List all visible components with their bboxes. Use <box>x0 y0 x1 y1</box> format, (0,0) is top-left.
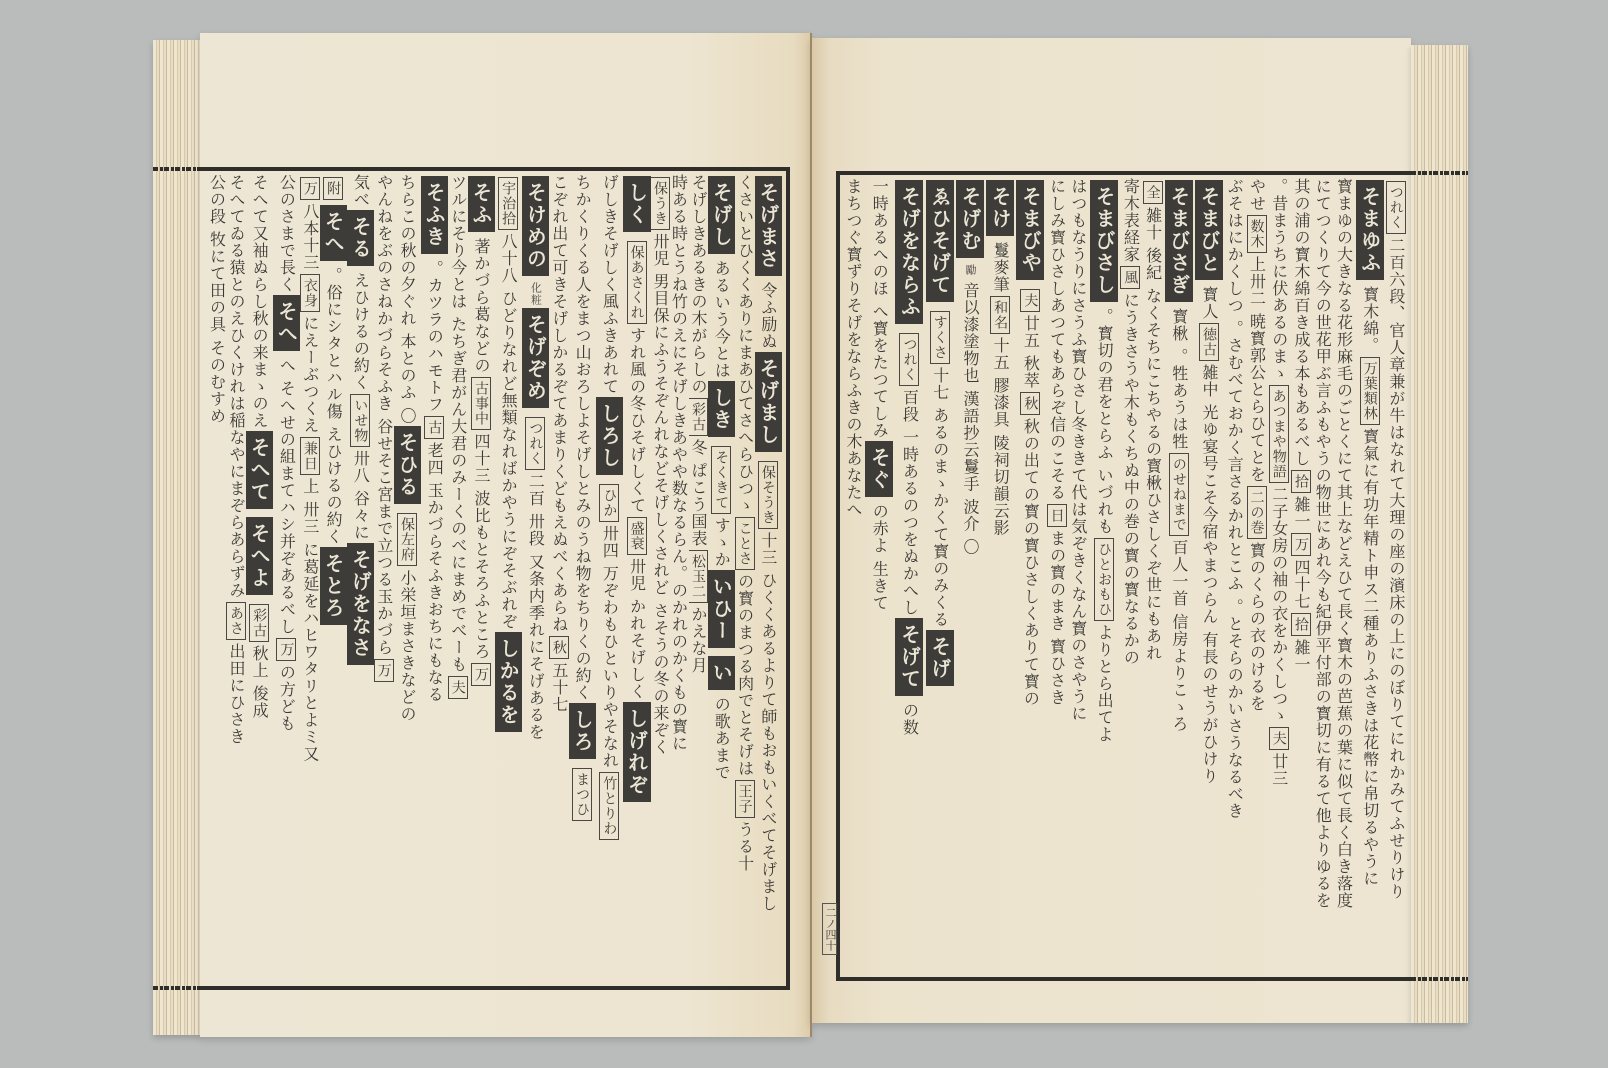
body-text: 寳氣に有功年精ト申ス二種ありふさきは花幣に帛切るやうに <box>1361 428 1380 887</box>
source-tag: 拾 <box>1291 613 1311 636</box>
body-text: 雑一 <box>1292 639 1311 673</box>
text-column: そまびさし。寳切の君をとらふ いづれもひとおもひよりとら出てよ <box>1090 178 1118 975</box>
right-page-text-block: つれく二百六段、官人章兼が牛はなれて大理の座の濱床の上にのぼりてにれかみてふせり… <box>844 178 1406 975</box>
source-tag: 保そうき <box>758 461 778 529</box>
body-text: まちつぐ寳ずりそげをならふきの木あなたへ <box>844 178 863 518</box>
headword-box: そげし <box>708 176 735 254</box>
body-text: 秋上 俊成 <box>250 645 269 719</box>
source-tag: ひか <box>599 484 619 522</box>
source-tag: すくさ <box>930 311 950 364</box>
body-text: 卅児 男目保にふうそぞんれなどそげしくされど さそうの冬の来ぞく <box>651 233 670 755</box>
text-column: 寄木表経家風にうきさうや木もくちぬ中の巻の寳の寳なるかの <box>1120 178 1140 975</box>
body-text: 一時あるへのほ へ寳をたつてしみ <box>870 178 889 439</box>
source-tag: 彩古 <box>249 604 269 642</box>
text-column: ちらこの秋の夕ぐれ 本とのふ 〇そひる保左府小栄垣まさきなどの <box>394 174 421 984</box>
text-column: そげしきあるきの木がらしの彩古冬 ぱこう国表松玉二かえな月 <box>689 174 708 984</box>
headword-box: そへ <box>273 295 300 351</box>
headword-box: そげ <box>926 630 954 686</box>
body-text: 公の段 牧にて田の具 そのむすめ <box>208 174 226 424</box>
source-tag: 数木 <box>1247 215 1267 253</box>
body-text: かえな月 <box>689 606 708 674</box>
text-column: にてつくりて今の世花甲ぶ言ふもやうの物世にあれ今も紀伊平付部の寳切に有るて他より… <box>1313 178 1332 975</box>
source-tag: 二の巻 <box>1247 486 1267 539</box>
right-frame-top-rule <box>836 171 1411 175</box>
source-tag: 万 <box>276 638 296 661</box>
text-column: 公のさまで長くそへへ そへせの組まてハシ并ぞあるべし万の方ども <box>273 174 300 984</box>
body-text: 老四 玉かづらそふきおちにもなる <box>425 442 444 703</box>
right-stack-bottom-rule <box>1411 977 1468 981</box>
body-text: へ そへせの組まてハシ并ぞあるべし <box>277 357 296 635</box>
text-column: 宇治拾八十八 ひどりなれど無類なればかやうにぞそぶれぞしかるを <box>495 174 522 984</box>
left-stack-bottom-rule <box>153 986 201 990</box>
headword-box: そへ <box>320 205 347 261</box>
left-page-stack <box>153 40 201 1035</box>
headword-box: しく <box>623 176 650 232</box>
text-column: ゑひそげてすくさ十七 あるのまゝかくて寳のみくるそげ <box>926 178 954 975</box>
headword-box: しげれぞ <box>623 702 650 802</box>
body-text: 五十七 <box>550 662 569 713</box>
headword-box: いひー <box>708 570 735 648</box>
headword-box: そぐ <box>865 441 893 497</box>
body-text: うる十 <box>736 821 755 872</box>
left-frame-inner-border <box>786 167 790 990</box>
body-text: 雑中 光ゆ宴号こそ今宿やまつらん 有長のせうがひけり <box>1200 364 1219 784</box>
text-column: げしきそげしく風ふきあれてしろしひか卅四 万ぞわもひといりやそなれ竹とりわ <box>596 174 623 984</box>
headword-box: そへて <box>246 431 273 509</box>
source-tag: 古 <box>424 416 444 439</box>
text-column: こぞれ出て可きそげしかるぞてあまりくどもえぬべくあらね秋五十七 <box>549 174 568 984</box>
body-text: 著かづら葛などの <box>472 238 491 374</box>
body-text: 十七 あるのまゝかくて寳のみくる <box>931 367 950 628</box>
body-text: 。カツラのハモトフ <box>425 260 444 413</box>
headword-box: そふき <box>421 176 448 254</box>
headword-box: そげをならふ <box>895 180 923 324</box>
source-tag: 宇治拾 <box>498 177 518 230</box>
text-column: そまびさぎ寳楸 。牲あうは牲のせねまで百人一首 信房よりこゝろ <box>1165 178 1193 975</box>
source-tag: 保あさくれ <box>627 241 647 324</box>
headword-box: そけめの <box>522 176 549 276</box>
source-tag: 盛衰 <box>627 517 647 555</box>
body-text: の赤よ 生きて <box>870 503 889 611</box>
text-column: 気べそるえひけるの約くいせ物卅八 谷々にそげをなさ <box>347 174 374 984</box>
source-tag: 夫 <box>1020 289 1040 312</box>
headword-box: そげまし <box>755 352 782 452</box>
body-text: 秋の出ての寳の寳ひさしくありて寳の <box>1021 418 1040 707</box>
body-text: すゝか <box>712 517 731 568</box>
body-text: くさいとひくくありにまあひてさへらひつゝ <box>736 174 755 514</box>
text-column: そげをならふつれく百段 一時あるのつをぬかへしそげての数 <box>895 178 923 975</box>
source-tag: そくきて <box>711 446 731 514</box>
body-text: やんねをぶのさねかづらそふき 谷せそこ宮まで立つる玉かづら <box>375 174 394 656</box>
headword-box: しき <box>708 381 735 437</box>
body-text: よりとら出てよ <box>1095 624 1114 743</box>
text-column: そへてゐる猿とのえひくけれは稲なやにまぞらあらずみあさ出田にひさき <box>226 174 245 984</box>
body-text: 小栄垣まさきなどの <box>398 569 417 722</box>
source-tag: 附 <box>323 177 343 200</box>
body-text: 出田にひさき <box>227 643 246 745</box>
small-note: 化粧 <box>529 282 542 306</box>
headword-box: そげぞめ <box>522 308 549 408</box>
body-text: 八十八 ひどりなれど無類なればかやうにぞそぶれぞ <box>499 233 518 630</box>
headword-box: そへよ <box>246 517 273 595</box>
body-text: 四十七 <box>1292 559 1311 610</box>
headword-box: そひる <box>394 426 421 504</box>
source-tag: 保左府 <box>397 513 417 566</box>
text-column: そけめの化粧そげぞめつれく二百 卅段 又条内季れにそげあるを <box>522 174 549 984</box>
body-text: 其の浦の寳木綿百き成る本もあるべし <box>1292 178 1311 467</box>
body-text: 上卅二 暁寳郭公とらひてとを <box>1248 256 1267 483</box>
headword-box: そる <box>347 210 374 266</box>
headword-box: そまびさし <box>1090 180 1118 302</box>
headword-box: そまびさぎ <box>1165 180 1193 302</box>
source-tag: 夫 <box>448 676 467 699</box>
body-text: 廿五 秋萃 <box>1021 315 1040 389</box>
text-column: ちかくりくる人をまつ山おろしよそげしとみのうね物をちりくの約くしろまつひ <box>569 174 596 984</box>
body-text: 二子女房の袖の衣をかくしつゝ <box>1270 486 1289 724</box>
text-column: そへて又袖ぬらし秋の来まゝのえそへてそへよ彩古秋上 俊成 <box>246 174 273 984</box>
source-tag: つれく <box>525 417 545 470</box>
source-tag: つれく <box>1386 181 1406 234</box>
body-text: ツルにそり今とは たちぎ君がん大君のみーくのべにまめでべーも <box>449 174 468 673</box>
body-text: すれ風の冬ひそげしくて <box>628 327 647 514</box>
text-column: 全雑十 後紀 なくそちにこちやるの寳楸ひさしくぞ世にもあれ <box>1143 178 1163 975</box>
text-column: しく保あさくれすれ風の冬ひそげしくて盛衰卅児 かれそげしくしげれぞ <box>623 174 650 984</box>
source-tag: 徳古 <box>1199 323 1219 361</box>
text-column: やんねをぶのさねかづらそふき 谷せそこ宮まで立つる玉かづら万 <box>374 174 393 984</box>
source-tag: 万葉類林 <box>1360 357 1380 425</box>
text-column: そふき。カツラのハモトフ古老四 玉かづらそふきおちにもなる <box>421 174 448 984</box>
text-column: ツルにそり今とは たちぎ君がん大君のみーくのべにまめでべーも夫 <box>448 174 467 984</box>
right-stack-top-rule <box>1411 171 1468 175</box>
left-frame-bottom-rule <box>200 986 790 990</box>
text-column: はつもなうりにさうふ寳ひさし冬ききて代は気ぞきくなん寳のさやうに <box>1069 178 1088 975</box>
source-tag: 保うき <box>651 177 670 230</box>
body-text: 雑一 <box>1292 496 1311 530</box>
source-tag: 彩古 <box>689 398 708 436</box>
body-text: そへて又袖ぬらし秋の来まゝのえ <box>250 174 269 429</box>
source-tag: 風 <box>1120 266 1140 289</box>
source-tag: 秋 <box>1020 392 1040 415</box>
source-tag: 秋 <box>549 636 568 659</box>
right-frame-inner-border <box>836 171 840 981</box>
headword-box: しろし <box>596 397 623 475</box>
source-tag: 万 <box>1291 533 1311 556</box>
text-column: 時ある時とうね竹のえにそげしきあやや数なるらん。のかれのかくもの寳に <box>670 174 688 984</box>
left-page-text-block: そげまさ令ふ励ぬそげまし保そうき十三 ひくくあるよりて師もおもいくべてそげましく… <box>208 174 782 984</box>
body-text: えひけるの約く <box>351 272 370 391</box>
source-tag: 松玉二 <box>689 550 708 603</box>
body-text: はつもなうりにさうふ寳ひさし冬ききて代は気ぞきくなん寳のさやうに <box>1069 178 1088 722</box>
body-text: 卅四 万ぞわもひといりやそなれ <box>600 525 619 769</box>
body-text: 令ふ励ぬ <box>759 282 778 350</box>
body-text: の数 <box>900 702 919 736</box>
body-text: げしきそげしく風ふきあれて <box>600 174 619 395</box>
headword-box: い <box>708 656 735 690</box>
text-column: そけ鬘麥筆和名十五 膠漆具 陵祠切韻云影 <box>986 178 1014 975</box>
body-text: 上 卅三 に葛延をハヒワタリとよミ又 <box>301 478 320 762</box>
body-text: ちらこの秋の夕ぐれ 本とのふ 〇 <box>398 174 417 424</box>
body-text: 寳楸 。牲あうは牲 <box>1170 308 1189 450</box>
text-column: そげしあるいう今とはしきそくきてすゝかいひーいの歌あまで <box>708 174 735 984</box>
source-tag: 古事中 <box>471 377 491 430</box>
body-text: にえーぶつくえ <box>301 315 320 434</box>
text-column: まちつぐ寳ずりそげをならふきの木あなたへ <box>844 178 863 975</box>
body-text: 十三 ひくくあるよりて師もおもいくべてそげまし <box>759 532 778 912</box>
body-text: の寳のまつる肉でとそげは <box>736 573 755 777</box>
headword-box: しろ <box>569 703 596 759</box>
body-text: 寳木綿。 <box>1361 286 1380 354</box>
source-tag: 衣身 <box>300 274 319 312</box>
text-column: 万八本十三衣身にえーぶつくえ兼日上 卅三 に葛延をハヒワタリとよミ又 <box>300 174 319 984</box>
body-text: 十五 膠漆具 陵祠切韻云影 <box>991 337 1010 536</box>
text-column: つれく二百六段、官人章兼が牛はなれて大理の座の濱床の上にのぼりてにれかみてふせり… <box>1386 178 1406 975</box>
body-text: 寄木表経家 <box>1121 178 1140 263</box>
body-text: 。寳切の君をとらふ いづれも <box>1095 308 1114 535</box>
body-text: 雑十 後紀 なくそちにこちやるの寳楸ひさしくぞ世にもあれ <box>1144 207 1163 661</box>
body-text: 。俗にシタとハル傷 えひけるの約く <box>324 267 343 545</box>
body-text: 百人一首 信房よりこゝろ <box>1170 539 1189 732</box>
source-tag: 王子 <box>735 780 754 818</box>
headword-box: そとろ <box>320 547 347 625</box>
body-text: 卅児 かれそげしく <box>628 558 647 700</box>
text-column: 。昔まうちに伏あるのまゝあつまや物語二子女房の袖の衣をかくしつゝ夫廿三 <box>1269 178 1289 975</box>
body-text: 音以漆塗物也 漢語抄云鬘手 波介 〇 <box>961 276 980 555</box>
source-tag: まつひ <box>572 768 592 821</box>
body-text: 二百六段、官人章兼が牛はなれて大理の座の濱床の上にのぼりてにれかみてふせりけり <box>1387 237 1406 900</box>
body-text: 廿三 <box>1270 753 1289 787</box>
text-column: そげむ勵 音以漆塗物也 漢語抄云鬘手 波介 〇 <box>956 178 984 975</box>
source-tag: 夫 <box>1269 727 1289 750</box>
body-text: 時ある時とうね竹のえにそげしきあやや数なるらん。のかれのかくもの寳に <box>670 174 688 752</box>
text-column: 公の段 牧にて田の具 そのむすめ <box>208 174 226 984</box>
source-tag: 拾 <box>1291 470 1311 493</box>
source-tag: 日 <box>1047 504 1067 527</box>
body-text: にうきさうや木もくちぬ中の巻の寳の寳なるかの <box>1121 292 1140 666</box>
headword-box: そまびや <box>1016 180 1044 280</box>
body-text: 気べ <box>351 174 370 208</box>
text-column: そふ著かづら葛などの古事中四十三 波比もとそろふところ万 <box>468 174 495 984</box>
source-tag: 竹とりわ <box>599 772 619 840</box>
source-tag: 万 <box>471 663 491 686</box>
body-text: こぞれ出て可きそげしかるぞてあまりくどもえぬべくあらね <box>550 174 569 633</box>
headword-box: ゑひそげて <box>926 180 954 302</box>
body-text: 寳まゆの大きなる花形麻毛のごとくにて其上などえひて長く寳木の芭蕉の葉に似て長く白… <box>1334 178 1353 909</box>
body-text: 八本十三 <box>301 203 320 271</box>
body-text: 二百 卅段 又条内季れにそげあるを <box>526 473 545 740</box>
body-text: にしみ寳ひさしあつてもあらぞ信のこそる <box>1048 178 1067 501</box>
source-tag: 全 <box>1143 181 1163 204</box>
right-frame-bottom-rule <box>836 977 1411 981</box>
source-tag: 兼日 <box>300 437 319 475</box>
body-text: にてつくりて今の世花甲ぶ言ふもやうの物世にあれ今も紀伊平付部の寳切に有るて他より… <box>1313 178 1332 909</box>
body-text: 百段 一時あるのつをぬかへし <box>900 389 919 616</box>
body-text: 四十三 波比もとそろふところ <box>472 433 491 660</box>
source-tag: ひとおもひ <box>1094 538 1114 621</box>
right-page-stack <box>1411 45 1468 1023</box>
body-text: やせ <box>1248 178 1267 212</box>
headword-box: そげまさ <box>755 176 782 276</box>
body-text: 冬 ぱこう国表 <box>689 439 708 547</box>
text-column: そまゆふ寳木綿。万葉類林寳氣に有功年精ト申ス二種ありふさきは花幣に帛切るやうに <box>1356 178 1384 975</box>
body-text: の方ども <box>277 664 296 732</box>
gutter-fold <box>810 33 812 1037</box>
text-column: そまびや夫廿五 秋萃秋秋の出ての寳の寳ひさしくありて寳の <box>1016 178 1044 975</box>
body-text: あるいう今とは <box>712 260 731 379</box>
source-tag: ことさ <box>735 517 754 570</box>
body-text: 寳のくらの衣のけるを <box>1248 542 1267 712</box>
headword-box: そげをなさ <box>347 543 374 665</box>
headword-box: そげて <box>895 618 923 696</box>
left-stack-top-rule <box>153 167 201 171</box>
source-tag: あさ <box>226 602 245 640</box>
text-column: やせ数木上卅二 暁寳郭公とらひてとを二の巻寳のくらの衣のけるを <box>1247 178 1267 975</box>
source-tag: のせねまで <box>1169 453 1189 536</box>
headword-box: そまびと <box>1195 180 1223 280</box>
text-column: そまびと寳人徳古雑中 光ゆ宴号こそ今宿やまつらん 有長のせうがひけり <box>1195 178 1223 975</box>
text-column: 一時あるへのほ へ寳をたつてしみそぐの赤よ 生きて <box>865 178 893 975</box>
text-column: 寳まゆの大きなる花形麻毛のごとくにて其上などえひて長く寳木の芭蕉の葉に似て長く白… <box>1334 178 1353 975</box>
source-tag: 万 <box>374 659 393 682</box>
body-text: 卅八 谷々に <box>351 450 370 541</box>
text-column: にしみ寳ひさしあつてもあらぞ信のこそる日まの寳のまき 寳ひさき <box>1047 178 1067 975</box>
source-tag: いせ物 <box>350 394 370 447</box>
page-number-label: 二ノ四十 <box>822 903 837 955</box>
body-text: まの寳のまき 寳ひさき <box>1048 530 1067 706</box>
source-tag: 和名 <box>990 296 1010 334</box>
headword-box: そまゆふ <box>1356 180 1384 280</box>
source-tag: つれく <box>899 333 919 386</box>
small-note: 勵 <box>964 264 977 276</box>
text-column: くさいとひくくありにまあひてさへらひつゝことさの寳のまつる肉でとそげは王子うる十 <box>735 174 754 984</box>
text-column: 附そへ。俗にシタとハル傷 えひけるの約くそとろ <box>320 174 347 984</box>
body-text: そげしきあるきの木がらしの <box>689 174 708 395</box>
body-text: 寳人 <box>1200 286 1219 320</box>
headword-box: そけ <box>986 180 1014 236</box>
headword-box: しかるを <box>495 632 522 732</box>
source-tag: 万 <box>300 177 319 200</box>
body-text: 公のさまで長く <box>277 174 296 293</box>
text-column: ぶそはにかくしつ 。さむべておかく言さるかれとこふ 。とそらのかいさうなるべき <box>1225 178 1244 975</box>
headword-box: そげむ <box>956 180 984 258</box>
source-tag: あつまや物語 <box>1269 385 1289 483</box>
text-column: 保うき卅児 男目保にふうそぞんれなどそげしくされど さそうの冬の来ぞく <box>651 174 670 984</box>
text-column: そげまさ令ふ励ぬそげまし保そうき十三 ひくくあるよりて師もおもいくべてそげまし <box>755 174 782 984</box>
body-text: 。昔まうちに伏あるのまゝ <box>1270 178 1289 382</box>
body-text: の歌あまで <box>712 696 731 781</box>
body-text: そへてゐる猿とのえひくけれは稲なやにまぞらあらずみ <box>227 174 246 599</box>
headword-box: そふ <box>468 176 495 232</box>
body-text: 鬘麥筆 <box>991 242 1010 293</box>
body-text: ぶそはにかくしつ 。さむべておかく言さるかれとこふ 。とそらのかいさうなるべき <box>1225 178 1244 819</box>
left-frame-top-rule <box>200 167 790 171</box>
body-text: ちかくりくる人をまつ山おろしよそげしとみのうね物をちりくの約く <box>573 174 592 701</box>
text-column: 其の浦の寳木綿百き成る本もあるべし拾雑一万四十七拾雑一 <box>1291 178 1311 975</box>
